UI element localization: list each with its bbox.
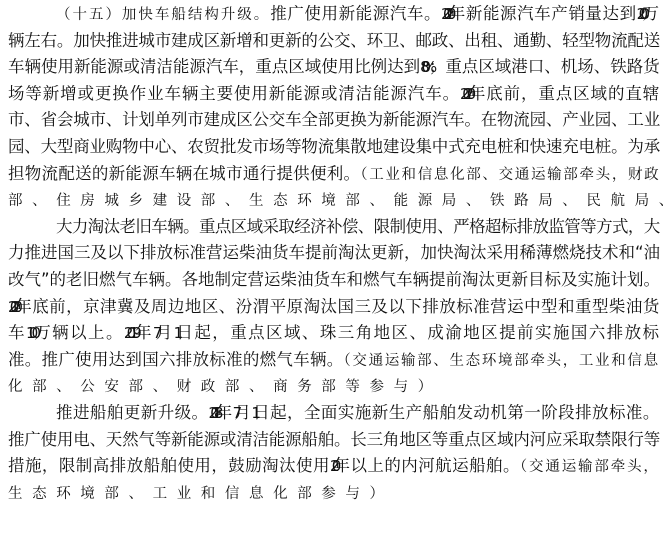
numeric-value: 2019 [124,324,135,342]
section-heading: （十五）加快车船结构升级。 [56,7,270,23]
body-text: 万辆以上。 [34,323,124,342]
text-line: 力推进国三及以下排放标准营运柴油货车提前淘汰更新，加快淘汰采用稀薄燃烧技术和“油 [8,240,660,266]
body-text: 措施，限制高排放船舶使用，鼓励淘汰使用 [8,456,330,475]
text-line: 大力淘汰老旧车辆。重点区域采取经济补偿、限制使用、严格超标排放监管等方式，大 [8,214,660,240]
body-text: 市、省会城市、计划单列市建成区公交车全部更换为新能源汽车。在物流园、产业园、工业 [8,110,660,129]
numeric-value: 2020 [441,5,449,23]
body-text: 力推进国三及以下排放标准营运柴油货车提前淘汰更新，加快淘汰采用稀薄燃烧技术和“油 [8,243,660,262]
responsible-agencies-note: 化部、公安部、财政部、商务部等参与） [8,379,442,395]
body-text: 年新能源汽车产销量达到 [449,4,637,23]
responsible-agencies-note: 生态环境部、工业和信息化部参与） [8,486,394,502]
body-text: 改气”的老旧燃气车辆。各地制定营运柴油货车和燃气车辆提前淘汰更新目标及实施计划。 [8,270,660,289]
body-text: 年 [135,323,153,342]
body-text: ；重点区域港口、机场、铁路货 [429,57,660,76]
body-text: 园、大型商业购物中心、农贸批发市场等物流集散地建设集中式充电桩和快速充电桩。为承 [8,137,660,156]
numeric-value: 80% [420,58,429,76]
text-line: 化部、公安部、财政部、商务部等参与） [8,373,442,399]
numeric-value: 2018 [209,404,216,422]
numeric-value: 2020 [460,85,469,103]
body-text: 日起，全面实施新生产船舶发动机第一阶段排放标准。 [253,403,660,422]
body-text: 月 [156,323,174,342]
text-line: 市、省会城市、计划单列市建成区公交车全部更换为新能源汽车。在物流园、产业园、工业 [8,107,660,133]
responsible-agencies-note: （交通运输部牵头， [520,459,660,475]
body-text: 车辆使用新能源或清洁能源汽车，重点区域使用比例达到 [8,57,420,76]
text-line: 场等新增或更换作业车辆主要使用新能源或清洁能源汽车。2020年底前，重点区域的直… [8,81,660,107]
body-text: 大力淘汰老旧车辆。重点区域采取经济补偿、限制使用、严格超标排放监管等方式，大 [56,217,660,236]
body-text: 月 [234,403,251,422]
text-line: 辆左右。加快推进城市建成区新增和更新的公交、环卫、邮政、出租、通勤、轻型物流配送 [8,28,660,54]
responsible-agencies-note: 部、住房城乡建设部、生态环境部、能源局、铁路局、民航局、中国铁路总公司等参与） [8,193,669,209]
body-text: 推广使用新能源汽车。 [270,4,441,23]
text-line: 车100万辆以上。2019年7月1日起，重点区域、珠三角地区、成渝地区提前实施国… [8,320,660,346]
body-text: 年底前，重点区域的直辖 [469,84,660,103]
responsible-agencies-note: （工业和信息化部、交通运输部牵头，财政 [360,167,660,183]
numeric-value: 100 [26,324,34,342]
text-line: 2020年底前，京津冀及周边地区、汾渭平原淘汰国三及以下排放标准营运中型和重型柴… [8,294,660,320]
body-text: 场等新增或更换作业车辆主要使用新能源或清洁能源汽车。 [8,84,460,103]
body-text: 万 [642,4,659,23]
text-line: 准。推广使用达到国六排放标准的燃气车辆。（交通运输部、生态环境部牵头，工业和信息 [8,347,660,373]
text-line: 担物流配送的新能源车辆在城市通行提供便利。（工业和信息化部、交通运输部牵头，财政 [8,161,660,187]
text-line: 推广使用电、天然气等新能源或清洁能源船舶。长三角地区等重点区域内河应采取禁限行等 [8,427,660,453]
body-text: 推进船舶更新升级。 [56,403,209,422]
text-line: 推进船舶更新升级。2018年7月1日起，全面实施新生产船舶发动机第一阶段排放标准… [8,400,660,426]
body-text: 担物流配送的新能源车辆在城市通行提供便利。 [8,164,360,183]
body-text: 年 [216,403,233,422]
body-text: 年以上的内河航运船舶。 [334,456,520,475]
text-line: （十五）加快车船结构升级。推广使用新能源汽车。2020年新能源汽车产销量达到20… [8,1,660,27]
text-line: 生态环境部、工业和信息化部参与） [8,480,394,506]
body-text: 年底前，京津冀及周边地区、汾渭平原淘汰国三及以下排放标准营运中型和重型柴油货 [15,297,660,316]
body-text: 车 [8,323,26,342]
text-line: 园、大型商业购物中心、农贸批发市场等物流集散地建设集中式充电桩和快速充电桩。为承 [8,134,660,160]
body-text: 日起，重点区域、珠三角地区、成渝地区提前实施国六排放标 [176,323,660,342]
text-line: 部、住房城乡建设部、生态环境部、能源局、铁路局、民航局、中国铁路总公司等参与） [8,187,669,213]
body-text: 推广使用电、天然气等新能源或清洁能源船舶。长三角地区等重点区域内河应采取禁限行等 [8,430,660,449]
text-line: 措施，限制高排放船舶使用，鼓励淘汰使用20年以上的内河航运船舶。（交通运输部牵头… [8,453,660,479]
body-text: 准。推广使用达到国六排放标准的燃气车辆。 [8,350,344,369]
text-line: 车辆使用新能源或清洁能源汽车，重点区域使用比例达到80%；重点区域港口、机场、铁… [8,54,660,80]
responsible-agencies-note: （交通运输部、生态环境部牵头，工业和信息 [344,353,660,369]
body-text: 辆左右。加快推进城市建成区新增和更新的公交、环卫、邮政、出租、通勤、轻型物流配送 [8,31,660,50]
text-line: 改气”的老旧燃气车辆。各地制定营运柴油货车和燃气车辆提前淘汰更新目标及实施计划。 [8,267,660,293]
